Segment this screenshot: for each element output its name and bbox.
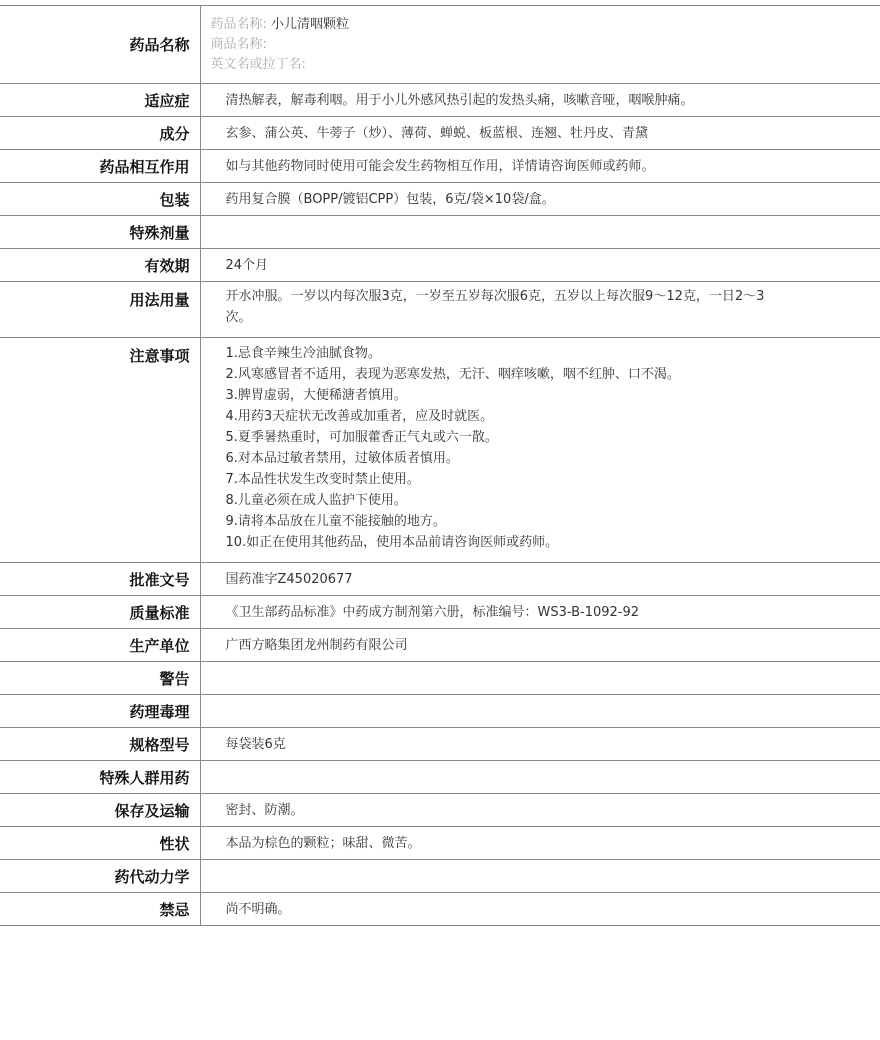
value-packaging: 药用复合膜（BOPP/镀铝CPP）包装，6克/袋×10袋/盒。 xyxy=(200,183,880,216)
value-shelf-life: 24个月 xyxy=(200,249,880,282)
value-storage: 密封、防潮。 xyxy=(200,794,880,827)
row-contraindications: 禁忌 尚不明确。 xyxy=(0,893,880,926)
note-item: 3.脾胃虚弱，大便稀溏者慎用。 xyxy=(226,385,771,406)
value-drug-name: 药品名称: 小儿清咽颗粒 商品名称: 英文名或拉丁名: xyxy=(200,6,880,84)
label-notes: 注意事项 xyxy=(0,338,200,563)
row-indications: 适应症 清热解表，解毒利咽。用于小儿外感风热引起的发热头痛，咳嗽音哑，咽喉肿痛。 xyxy=(0,84,880,117)
value-description: 本品为棕色的颗粒；味甜、微苦。 xyxy=(200,827,880,860)
row-special-population: 特殊人群用药 xyxy=(0,761,880,794)
row-packaging: 包装 药用复合膜（BOPP/镀铝CPP）包装，6克/袋×10袋/盒。 xyxy=(0,183,880,216)
row-drug-name: 药品名称 药品名称: 小儿清咽颗粒 商品名称: 英文名或拉丁名: xyxy=(0,6,880,84)
row-notes: 注意事项 1.忌食辛辣生冷油腻食物。 2.风寒感冒者不适用，表现为恶寒发热，无汗… xyxy=(0,338,880,563)
label-shelf-life: 有效期 xyxy=(0,249,200,282)
row-warning: 警告 xyxy=(0,662,880,695)
label-packaging: 包装 xyxy=(0,183,200,216)
note-item: 1.忌食辛辣生冷油腻食物。 xyxy=(226,343,771,364)
value-pharmacokinetics xyxy=(200,860,880,893)
generic-name-key: 药品名称: xyxy=(211,17,267,32)
label-drug-name: 药品名称 xyxy=(0,6,200,84)
row-pharmacokinetics: 药代动力学 xyxy=(0,860,880,893)
label-special-population: 特殊人群用药 xyxy=(0,761,200,794)
row-pharmacology: 药理毒理 xyxy=(0,695,880,728)
row-ingredients: 成分 玄参、蒲公英、牛蒡子（炒）、薄荷、蝉蜕、板蓝根、连翘、牡丹皮、青黛 xyxy=(0,117,880,150)
label-specification: 规格型号 xyxy=(0,728,200,761)
row-special-dosage: 特殊剂量 xyxy=(0,216,880,249)
label-pharmacokinetics: 药代动力学 xyxy=(0,860,200,893)
drug-spec-table: 药品名称 药品名称: 小儿清咽颗粒 商品名称: 英文名或拉丁名: 适应症 清热解… xyxy=(0,5,880,926)
value-pharmacology xyxy=(200,695,880,728)
row-manufacturer: 生产单位 广西方略集团龙州制药有限公司 xyxy=(0,629,880,662)
value-special-dosage xyxy=(200,216,880,249)
note-item: 5.夏季暑热重时，可加服藿香正气丸或六一散。 xyxy=(226,427,771,448)
note-item: 8.儿童必须在成人监护下使用。 xyxy=(226,490,771,511)
label-contraindications: 禁忌 xyxy=(0,893,200,926)
value-warning xyxy=(200,662,880,695)
value-manufacturer: 广西方略集团龙州制药有限公司 xyxy=(200,629,880,662)
english-name-line: 英文名或拉丁名: xyxy=(211,55,771,75)
row-interactions: 药品相互作用 如与其他药物同时使用可能会发生药物相互作用，详情请咨询医师或药师。 xyxy=(0,150,880,183)
row-specification: 规格型号 每袋装6克 xyxy=(0,728,880,761)
generic-name-line: 药品名称: 小儿清咽颗粒 xyxy=(211,15,771,35)
value-usage: 开水冲服。一岁以内每次服3克，一岁至五岁每次服6克，五岁以上每次服9～12克，一… xyxy=(200,282,880,338)
value-ingredients: 玄参、蒲公英、牛蒡子（炒）、薄荷、蝉蜕、板蓝根、连翘、牡丹皮、青黛 xyxy=(200,117,880,150)
label-quality-standard: 质量标准 xyxy=(0,596,200,629)
row-description: 性状 本品为棕色的颗粒；味甜、微苦。 xyxy=(0,827,880,860)
value-interactions: 如与其他药物同时使用可能会发生药物相互作用，详情请咨询医师或药师。 xyxy=(200,150,880,183)
row-shelf-life: 有效期 24个月 xyxy=(0,249,880,282)
note-item: 6.对本品过敏者禁用，过敏体质者慎用。 xyxy=(226,448,771,469)
label-ingredients: 成分 xyxy=(0,117,200,150)
value-notes: 1.忌食辛辣生冷油腻食物。 2.风寒感冒者不适用，表现为恶寒发热，无汗、咽痒咳嗽… xyxy=(200,338,880,563)
note-item: 10.如正在使用其他药品，使用本品前请咨询医师或药师。 xyxy=(226,532,771,553)
note-item: 9.请将本品放在儿童不能接触的地方。 xyxy=(226,511,771,532)
row-storage: 保存及运输 密封、防潮。 xyxy=(0,794,880,827)
note-item: 7.本品性状发生改变时禁止使用。 xyxy=(226,469,771,490)
value-quality-standard: 《卫生部药品标准》中药成方制剂第六册，标准编号：WS3-B-1092-92 xyxy=(200,596,880,629)
row-quality-standard: 质量标准 《卫生部药品标准》中药成方制剂第六册，标准编号：WS3-B-1092-… xyxy=(0,596,880,629)
note-item: 2.风寒感冒者不适用，表现为恶寒发热，无汗、咽痒咳嗽，咽不红肿、口不渴。 xyxy=(226,364,771,385)
label-description: 性状 xyxy=(0,827,200,860)
value-special-population xyxy=(200,761,880,794)
label-interactions: 药品相互作用 xyxy=(0,150,200,183)
label-storage: 保存及运输 xyxy=(0,794,200,827)
generic-name-value: 小儿清咽颗粒 xyxy=(271,17,349,32)
trade-name-key: 商品名称: xyxy=(211,37,267,52)
label-indications: 适应症 xyxy=(0,84,200,117)
value-specification: 每袋装6克 xyxy=(200,728,880,761)
row-usage: 用法用量 开水冲服。一岁以内每次服3克，一岁至五岁每次服6克，五岁以上每次服9～… xyxy=(0,282,880,338)
value-indications: 清热解表，解毒利咽。用于小儿外感风热引起的发热头痛，咳嗽音哑，咽喉肿痛。 xyxy=(200,84,880,117)
label-usage: 用法用量 xyxy=(0,282,200,338)
row-approval-number: 批准文号 国药准字Z45020677 xyxy=(0,563,880,596)
label-pharmacology: 药理毒理 xyxy=(0,695,200,728)
value-approval-number: 国药准字Z45020677 xyxy=(200,563,880,596)
note-item: 4.用药3天症状无改善或加重者，应及时就医。 xyxy=(226,406,771,427)
value-contraindications: 尚不明确。 xyxy=(200,893,880,926)
label-warning: 警告 xyxy=(0,662,200,695)
trade-name-line: 商品名称: xyxy=(211,35,771,55)
label-approval-number: 批准文号 xyxy=(0,563,200,596)
english-name-key: 英文名或拉丁名: xyxy=(211,57,306,72)
label-special-dosage: 特殊剂量 xyxy=(0,216,200,249)
label-manufacturer: 生产单位 xyxy=(0,629,200,662)
